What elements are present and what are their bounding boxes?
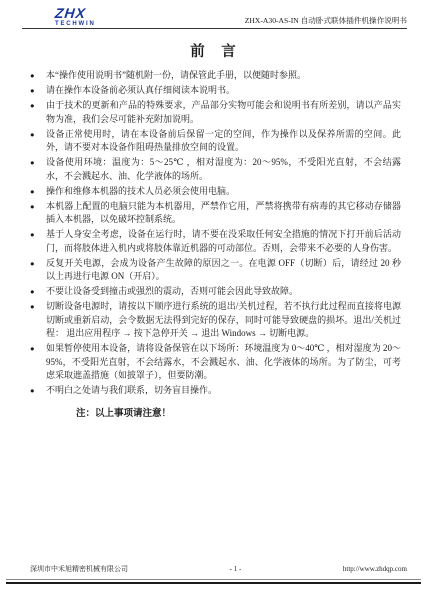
footer-website: http://www.zhdqp.com bbox=[343, 565, 407, 573]
notice-item: 操作和维修本机器的技术人员必须会使用电脑。 bbox=[30, 185, 401, 199]
page-footer: 深圳市中禾旭精密机械有限公司 - 1 - http://www.zhdqp.co… bbox=[30, 564, 407, 574]
notice-list: 本“操作使用说明书”随机附一份，请保管此手册，以便随时参照。 请在操作本设备前必… bbox=[30, 69, 401, 398]
notice-item: 请在操作本设备前必须认真仔细阅读本说明书。 bbox=[30, 84, 401, 98]
notice-item: 反复开关电源，会成为设备产生故障的原因之一。在电源 OFF（切断）后，请经过 2… bbox=[30, 257, 401, 284]
manual-preface-page: ZHX TECHWIN ZHX-A30-AS-IN 自动卧式联体插件机操作说明书… bbox=[0, 0, 427, 597]
logo-wordmark: ZHX bbox=[54, 6, 96, 20]
notice-item: 不明白之处请与我们联系，切务盲目操作。 bbox=[30, 384, 401, 398]
notice-item: 基于人身安全考虑，设备在运行时，请不要在没采取任何安全措施的情况下打开前后活动门… bbox=[30, 228, 401, 255]
footer-divider bbox=[6, 579, 421, 584]
page-header: ZHX TECHWIN ZHX-A30-AS-IN 自动卧式联体插件机操作说明书 bbox=[22, 3, 407, 29]
notice-item: 本机器上配置的电脑只能为本机器用，严禁作它用，严禁将携带有病毒的其它移动存储器插… bbox=[30, 200, 401, 227]
notice-item: 如果暂停使用本设备，请将设备保管在以下场所：环境温度为 0～40℃ ，相对湿度为… bbox=[30, 342, 401, 383]
footer-page-number: - 1 - bbox=[230, 565, 242, 573]
notice-item: 设备正常使用时，请在本设备前后保留一定的空间，作为操作以及保养所需的空间。此外，… bbox=[30, 128, 401, 155]
notice-item: 本“操作使用说明书”随机附一份，请保管此手册，以便随时参照。 bbox=[30, 69, 401, 83]
page-title: 前 言 bbox=[0, 40, 427, 61]
attention-note: 注：以上事项请注意！ bbox=[76, 405, 427, 419]
notice-item: 设备使用环境：温度为：5～25℃ ，相对湿度为：20～95%，不受阳光直射，不会… bbox=[30, 156, 401, 183]
document-code-title: ZHX-A30-AS-IN 自动卧式联体插件机操作说明书 bbox=[245, 15, 407, 28]
notice-item: 不要让设备受到撞击或强烈的震动，否则可能会因此导致故障。 bbox=[30, 285, 401, 299]
notice-item: 切断设备电源时，请按以下顺序进行系统的退出/关机过程，若不执行此过程而直接将电源… bbox=[30, 300, 401, 341]
logo-subtext: TECHWIN bbox=[55, 21, 96, 27]
footer-company: 深圳市中禾旭精密机械有限公司 bbox=[30, 564, 128, 574]
notice-item: 由于技术的更新和产品的特殊要求，产品部分实物可能会和说明书有所差别，请以产品实物… bbox=[30, 99, 401, 126]
zhx-techwin-logo: ZHX TECHWIN bbox=[22, 6, 96, 28]
